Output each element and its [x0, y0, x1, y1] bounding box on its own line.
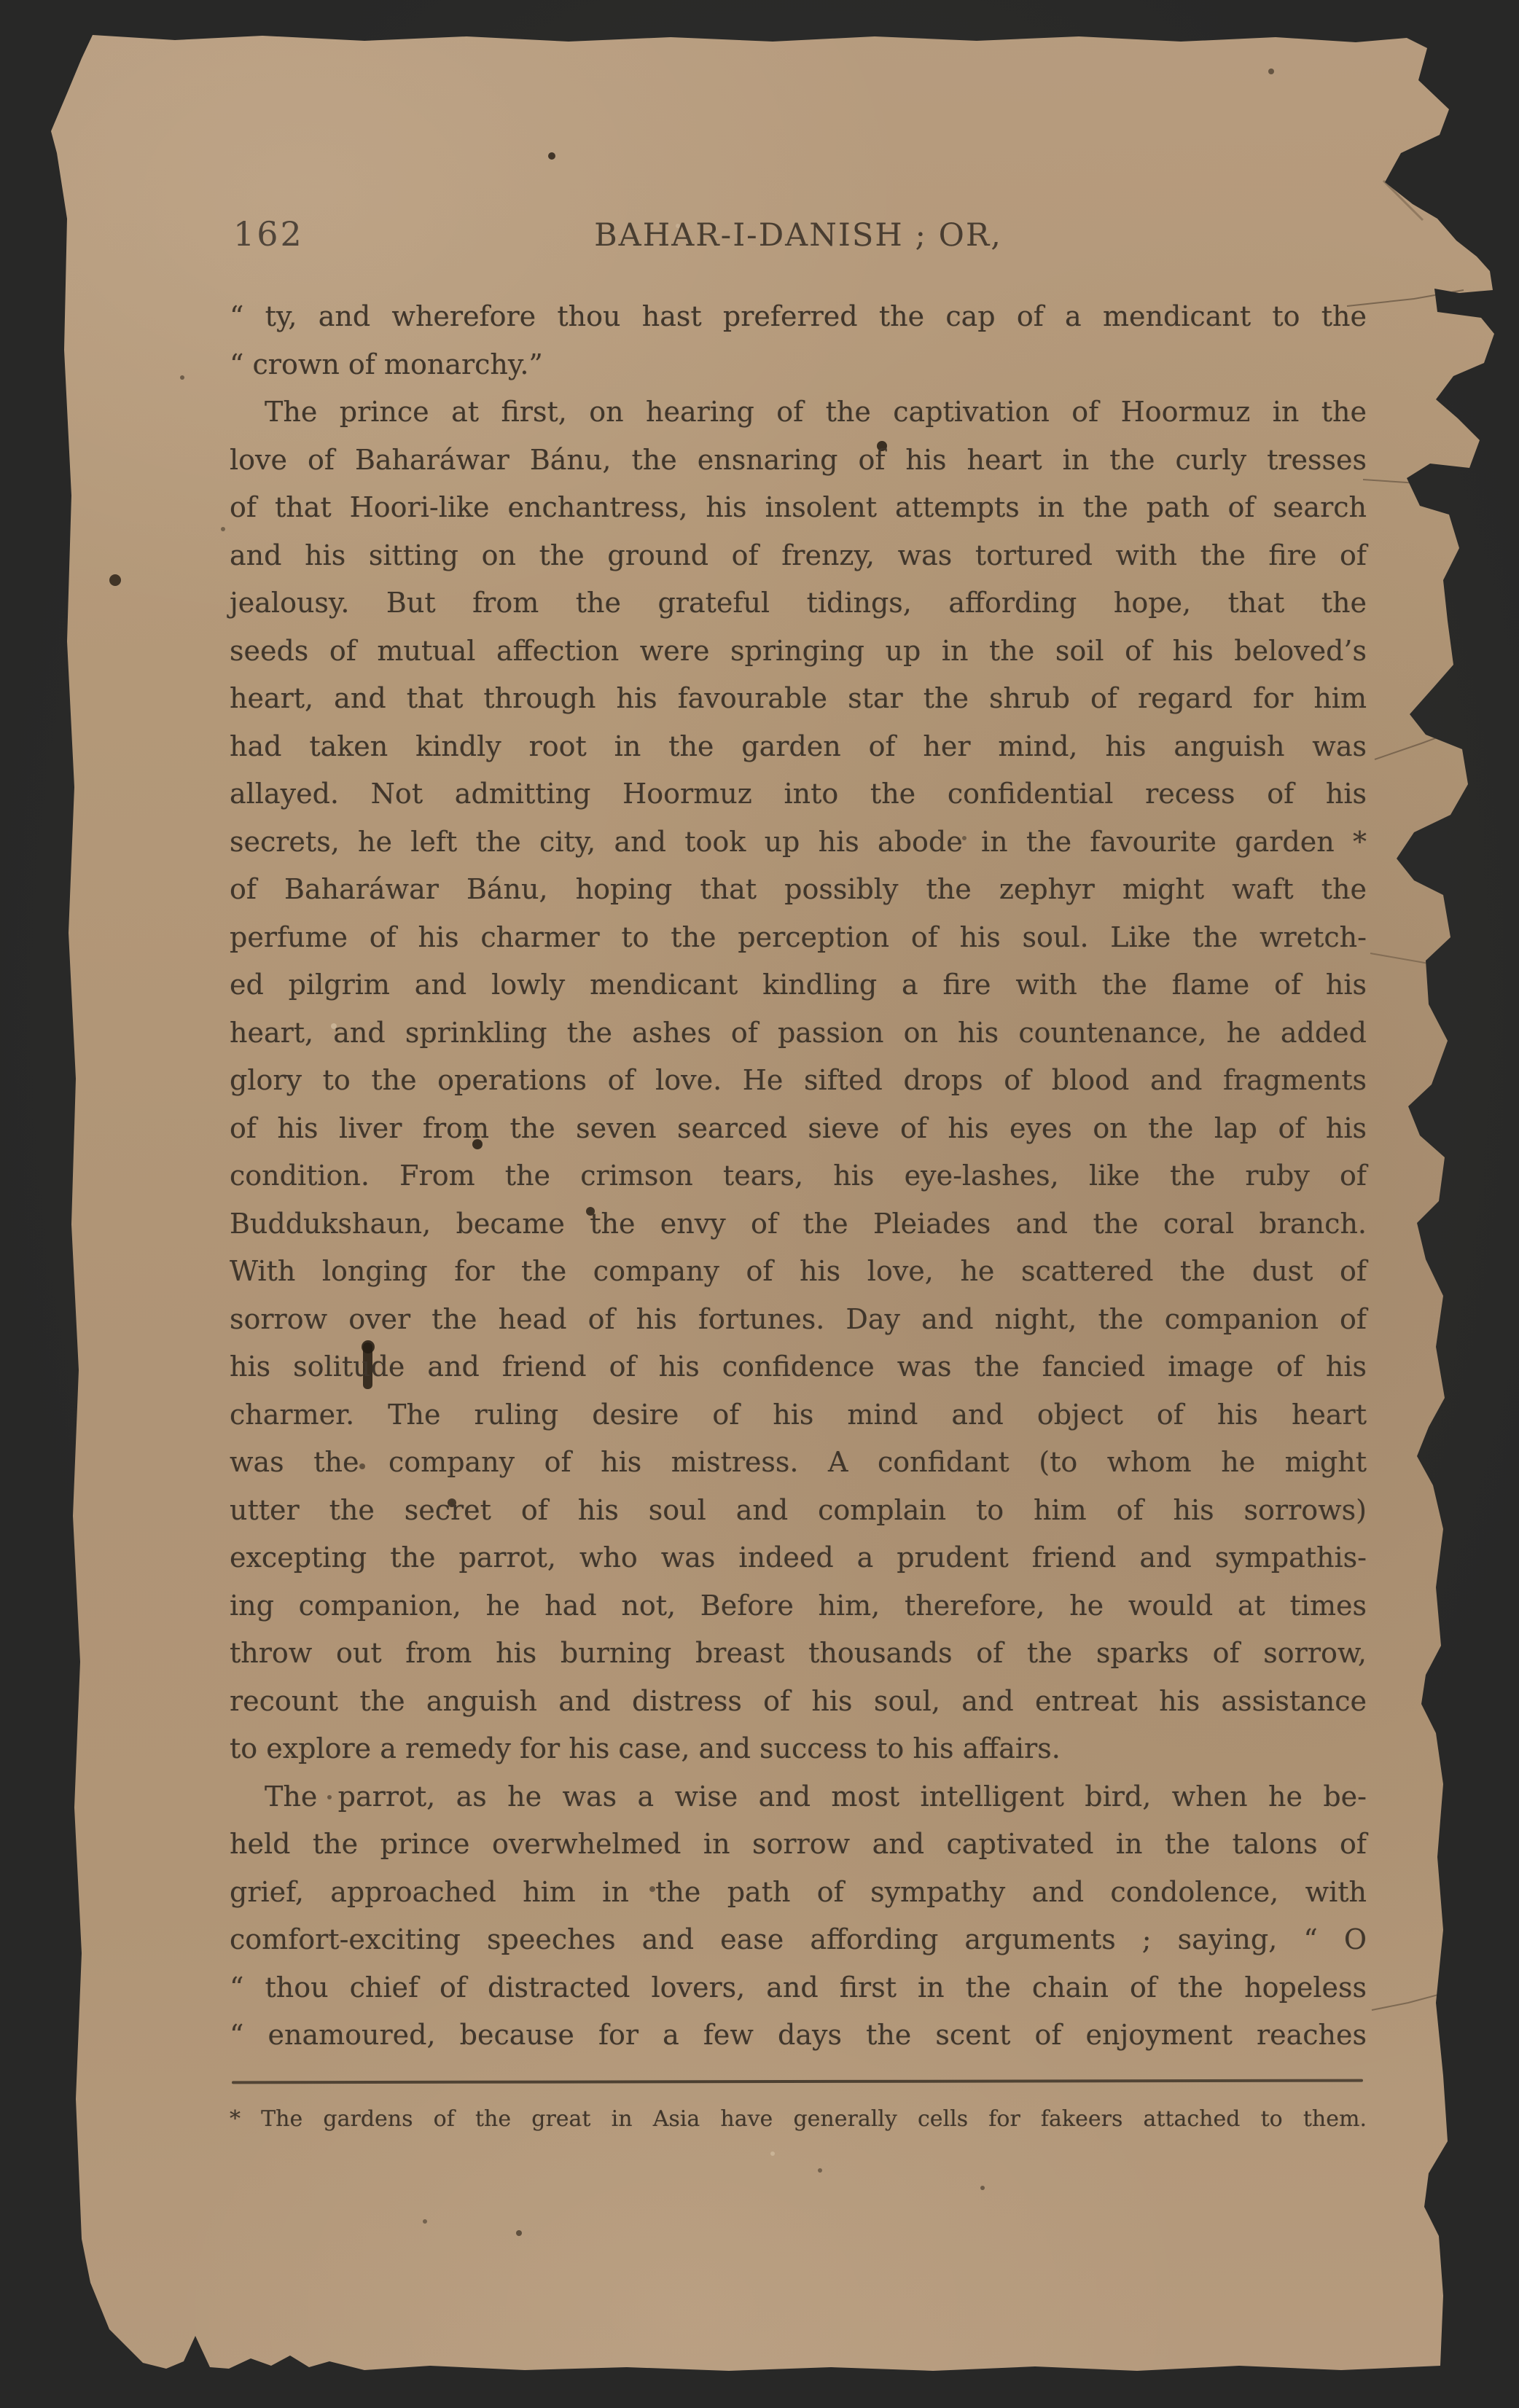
text-line: “ crown of monarchy.” — [230, 341, 1367, 389]
paper-cracks — [1347, 181, 1487, 2010]
text-line: excepting the parrot, who was indeed a p… — [230, 1534, 1367, 1582]
text-line: his solitude and friend of his confidenc… — [230, 1343, 1367, 1391]
text-line: heart, and that through his favourable s… — [230, 675, 1367, 723]
text-line: love of Baharáwar Bánu, the ensnaring of… — [230, 437, 1367, 485]
text-line: jealousy. But from the grateful tidings,… — [230, 579, 1367, 628]
text-line: throw out from his burning breast thousa… — [230, 1630, 1367, 1678]
text-line: seeds of mutual affection were springing… — [230, 628, 1367, 676]
text-line: ed pilgrim and lowly mendicant kindling … — [230, 961, 1367, 1009]
text-line: ing companion, he had not, Before him, t… — [230, 1582, 1367, 1630]
text-line: sorrow over the head of his fortunes. Da… — [230, 1296, 1367, 1344]
text-line: Buddukshaun, became the envy of the Plei… — [230, 1200, 1367, 1248]
text-line: “ enamoured, because for a few days the … — [230, 2012, 1367, 2060]
text-line: to explore a remedy for his case, and su… — [230, 1725, 1367, 1773]
text-line: of his liver from the seven searced siev… — [230, 1105, 1367, 1153]
book-page: 162 BAHAR-I-DANISH ; OR, “ ty, and where… — [0, 0, 1519, 2408]
text-line: recount the anguish and distress of his … — [230, 1678, 1367, 1726]
text-line: of that Hoori-like enchantress, his inso… — [230, 484, 1367, 532]
page-body: “ ty, and wherefore thou hast preferred … — [230, 293, 1367, 2060]
text-line: had taken kindly root in the garden of h… — [230, 723, 1367, 771]
text-line: charmer. The ruling desire of his mind a… — [230, 1391, 1367, 1439]
scan-background: 162 BAHAR-I-DANISH ; OR, “ ty, and where… — [0, 0, 1519, 2408]
text-line: glory to the operations of love. He sift… — [230, 1057, 1367, 1105]
text-line: utter the secret of his soul and complai… — [230, 1487, 1367, 1535]
text-line: allayed. Not admitting Hoormuz into the … — [230, 770, 1367, 818]
text-line: “ ty, and wherefore thou hast preferred … — [230, 293, 1367, 341]
text-line: With longing for the company of his love… — [230, 1248, 1367, 1296]
footnote-rule — [232, 2079, 1363, 2084]
text-line: was the company of his mistress. A confi… — [230, 1439, 1367, 1487]
text-line: and his sitting on the ground of frenzy,… — [230, 532, 1367, 580]
text-line: perfume of his charmer to the perception… — [230, 914, 1367, 962]
text-line: grief, approached him in the path of sym… — [230, 1869, 1367, 1917]
text-line: condition. From the crimson tears, his e… — [230, 1152, 1367, 1200]
text-line: “ thou chief of distracted lovers, and f… — [230, 1964, 1367, 2012]
text-line: The parrot, as he was a wise and most in… — [230, 1773, 1367, 1821]
running-title: BAHAR-I-DANISH ; OR, — [230, 217, 1367, 254]
text-line: held the prince overwhelmed in sorrow an… — [230, 1821, 1367, 1869]
text-line: comfort-exciting speeches and ease affor… — [230, 1916, 1367, 1964]
text-line: The prince at first, on hearing of the c… — [230, 388, 1367, 437]
text-line: of Baharáwar Bánu, hoping that possibly … — [230, 866, 1367, 914]
text-line: secrets, he left the city, and took up h… — [230, 818, 1367, 867]
text-line: heart, and sprinkling the ashes of passi… — [230, 1009, 1367, 1058]
footnote: * The gardens of the great in Asia have … — [230, 2103, 1367, 2135]
